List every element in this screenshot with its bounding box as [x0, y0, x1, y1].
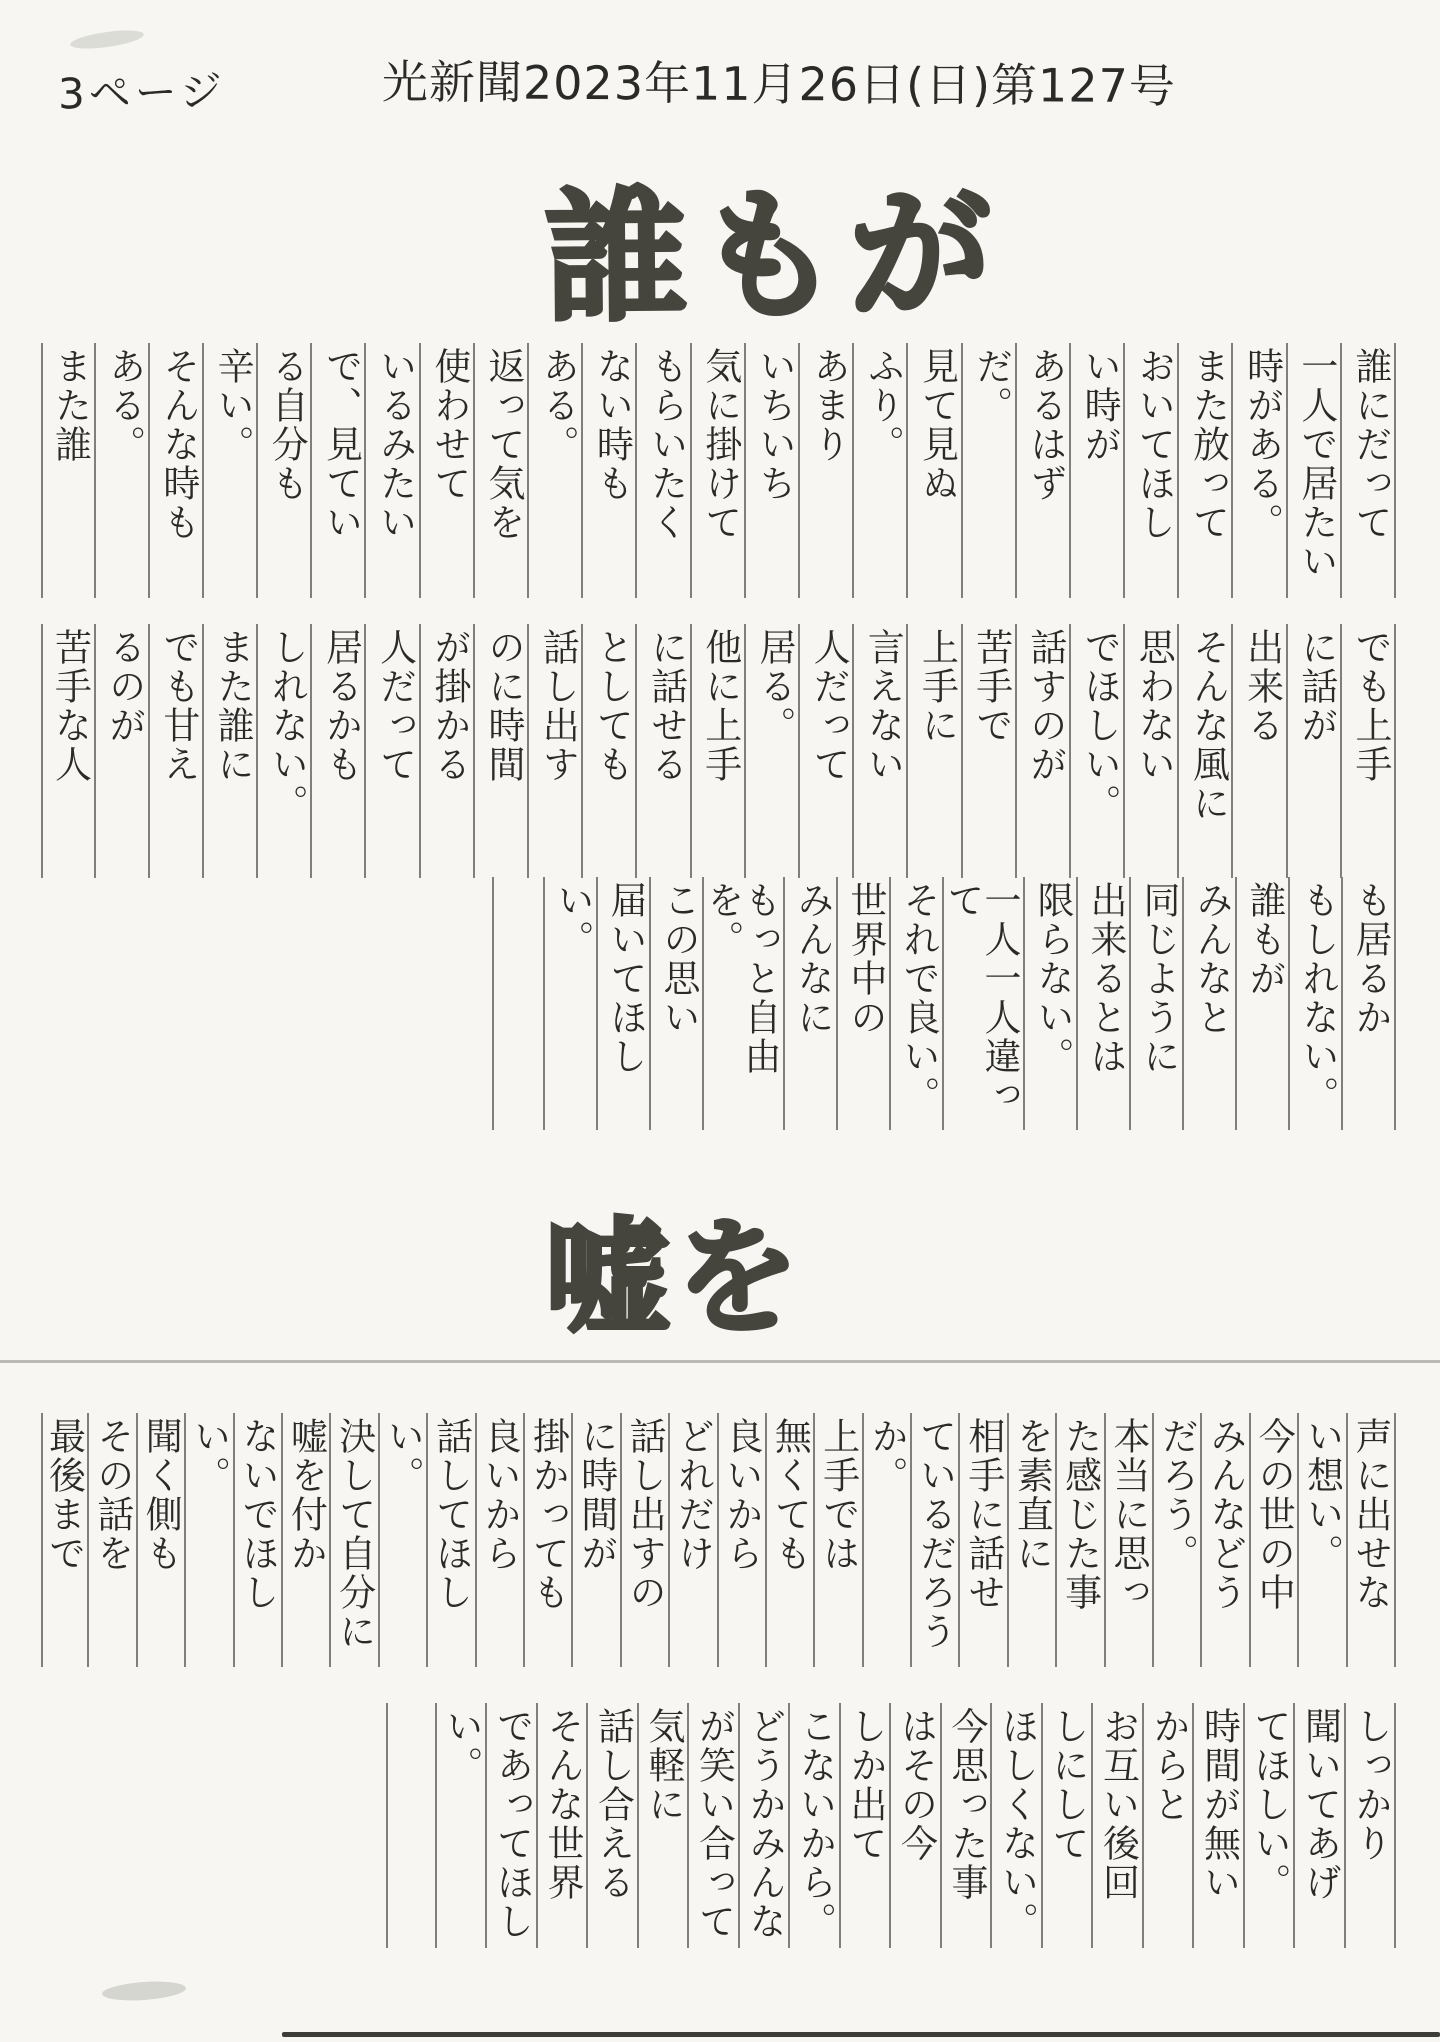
text-column: てほしい。	[1245, 1703, 1296, 1948]
text-column: どうかみんな	[740, 1703, 791, 1948]
text-column: い。	[186, 1413, 234, 1667]
scan-smudge-top	[69, 27, 144, 52]
text-column: 気軽に	[639, 1703, 690, 1948]
text-column: 一人一人違って	[944, 877, 1025, 1130]
text-column: でほしい。	[1071, 624, 1125, 878]
text-column: い。	[380, 1413, 428, 1667]
text-column: どれだけ	[670, 1413, 718, 1667]
text-column: 今思った事	[942, 1703, 993, 1948]
text-column: 時間が無い	[1194, 1703, 1245, 1948]
text-block-row: しっかり聞いてあげてほしい。時間が無いからとお互い後回しにしてほしくない。今思っ…	[40, 1703, 1396, 1948]
scan-edge-artifact	[282, 2032, 1440, 2037]
text-column: としても	[583, 624, 637, 878]
text-column: 出来る	[1233, 624, 1287, 878]
text-column: もしれない。	[1290, 877, 1343, 1130]
text-column: もっと自由を。	[704, 877, 785, 1130]
text-column: 最後まで	[41, 1413, 89, 1667]
text-column: で、見てい	[312, 343, 366, 598]
text-column: しれない。	[258, 624, 312, 878]
text-column: 掛かっても	[525, 1413, 573, 1667]
text-column: 誰にだって	[1342, 343, 1396, 598]
text-column: そんな風に	[1179, 624, 1233, 878]
text-column: みんなに	[785, 877, 838, 1130]
text-column: 他に上手	[692, 624, 746, 878]
section-title-daremoga: 誰もが	[544, 140, 1002, 348]
text-block-row: も居るかもしれない。誰もがみんなと同じように出来るとは限らない。一人一人違ってそ…	[40, 877, 1396, 1130]
text-column: 話すのが	[1017, 624, 1071, 878]
page-number-label: 3ページ	[57, 59, 226, 122]
text-column: また放って	[1179, 343, 1233, 598]
text-column: 時がある。	[1233, 343, 1287, 598]
text-column: 人だって	[800, 624, 854, 878]
text-column: た感じた事	[1057, 1413, 1105, 1667]
text-column: その話を	[89, 1413, 137, 1667]
text-column: 良いから	[719, 1413, 767, 1667]
text-column: る自分も	[258, 343, 312, 598]
text-column: 上手に	[908, 624, 962, 878]
text-column: ない時も	[583, 343, 637, 598]
text-column: みんなと	[1184, 877, 1237, 1130]
text-column: いちいち	[746, 343, 800, 598]
text-column: みんなどう	[1202, 1413, 1250, 1667]
text-column: 本当に思っ	[1106, 1413, 1154, 1667]
text-column: 上手では	[815, 1413, 863, 1667]
text-column: 嘘を付か	[283, 1413, 331, 1667]
text-column: しか出て	[841, 1703, 892, 1948]
text-column: しにして	[1043, 1703, 1094, 1948]
text-column: 出来るとは	[1078, 877, 1131, 1130]
text-column: 話し出す	[529, 624, 583, 878]
text-column: のに時間	[475, 624, 529, 878]
text-column: 無くても	[767, 1413, 815, 1667]
text-column: でも甘え	[150, 624, 204, 878]
text-column: が笑い合って	[689, 1703, 740, 1948]
section-title-usowo: 嘘を	[545, 1178, 805, 1356]
text-column: 話し出すの	[622, 1413, 670, 1667]
text-column: 良いから	[477, 1413, 525, 1667]
text-column: 世界中の	[838, 877, 891, 1130]
text-block-row: 声に出せない想い。今の世の中みんなどうだろう。本当に思った感じた事を素直に相手に…	[40, 1413, 1396, 1667]
text-column: 相手に話せ	[960, 1413, 1008, 1667]
text-column: 思わない	[1125, 624, 1179, 878]
text-column: ふり。	[854, 343, 908, 598]
text-block-row: でも上手に話が出来るそんな風に思わないでほしい。話すのが苦手で上手に言えない人だ…	[40, 624, 1396, 878]
text-column: からと	[1144, 1703, 1195, 1948]
text-column: 見て見ぬ	[908, 343, 962, 598]
text-column: 話してほし	[428, 1413, 476, 1667]
text-column: い時が	[1071, 343, 1125, 598]
text-column: はその今	[891, 1703, 942, 1948]
text-column: また誰	[41, 343, 95, 598]
scan-smudge-bottom	[101, 1979, 186, 2003]
text-column: ないでほし	[235, 1413, 283, 1667]
text-column: おいてほし	[1125, 343, 1179, 598]
text-column: しっかり	[1346, 1703, 1397, 1948]
empty-ruled-column	[386, 1703, 437, 1948]
text-column: が掛かる	[421, 624, 475, 878]
text-column: い。	[545, 877, 598, 1130]
newspaper-header: 光新聞2023年11月26日(日)第127号	[382, 46, 1176, 116]
text-column: こないから。	[790, 1703, 841, 1948]
text-column: 今の世の中	[1251, 1413, 1299, 1667]
text-column: ているだろう	[912, 1413, 960, 1667]
text-column: か。	[864, 1413, 912, 1667]
text-column: に話せる	[637, 624, 691, 878]
scanned-newspaper-page: 3ページ 光新聞2023年11月26日(日)第127号 誰もが 誰にだって一人で…	[0, 0, 1440, 2042]
text-column: 話し合える	[588, 1703, 639, 1948]
text-column: もらいたく	[637, 343, 691, 598]
text-column: 気に掛けて	[692, 343, 746, 598]
text-block-row: 誰にだって一人で居たい時がある。また放っておいてほしい時があるはずだ。見て見ぬふ…	[40, 343, 1396, 598]
text-column: それで良い。	[891, 877, 944, 1130]
text-column: 聞く側も	[138, 1413, 186, 1667]
text-column: 言えない	[854, 624, 908, 878]
text-column: 使わせて	[421, 343, 475, 598]
text-column: また誰に	[204, 624, 258, 878]
text-column: を素直に	[1009, 1413, 1057, 1667]
text-column: 居る。	[746, 624, 800, 878]
text-column: るのが	[96, 624, 150, 878]
text-column: であってほし	[487, 1703, 538, 1948]
text-column: 届いてほし	[598, 877, 651, 1130]
text-column: ほしくない。	[992, 1703, 1043, 1948]
text-column: ある。	[96, 343, 150, 598]
text-column: 限らない。	[1025, 877, 1078, 1130]
text-column: だ。	[963, 343, 1017, 598]
text-column: この思い	[651, 877, 704, 1130]
text-column: に話が	[1288, 624, 1342, 878]
text-column: い想い。	[1299, 1413, 1347, 1667]
text-column: 苦手な人	[41, 624, 95, 878]
text-column: 聞いてあげ	[1295, 1703, 1346, 1948]
text-column: だろう。	[1154, 1413, 1202, 1667]
scan-fold-line	[0, 1360, 1440, 1363]
text-column: お互い後回	[1093, 1703, 1144, 1948]
text-column: 決して自分に	[331, 1413, 379, 1667]
text-column: い。	[437, 1703, 488, 1948]
empty-ruled-column	[492, 877, 545, 1130]
text-column: に時間が	[573, 1413, 621, 1667]
text-column: 返って気を	[475, 343, 529, 598]
text-column: そんな時も	[150, 343, 204, 598]
text-column: 人だって	[366, 624, 420, 878]
text-column: 声に出せな	[1348, 1413, 1396, 1667]
text-column: 苦手で	[963, 624, 1017, 878]
text-column: いるみたい	[366, 343, 420, 598]
text-column: も居るか	[1343, 877, 1396, 1130]
text-column: 誰もが	[1237, 877, 1290, 1130]
text-column: ある。	[529, 343, 583, 598]
text-column: 辛い。	[204, 343, 258, 598]
text-column: 一人で居たい	[1288, 343, 1342, 598]
text-column: あまり	[800, 343, 854, 598]
text-column: 居るかも	[312, 624, 366, 878]
text-column: そんな世界	[538, 1703, 589, 1948]
text-column: 同じように	[1131, 877, 1184, 1130]
text-column: あるはず	[1017, 343, 1071, 598]
text-column: でも上手	[1342, 624, 1396, 878]
